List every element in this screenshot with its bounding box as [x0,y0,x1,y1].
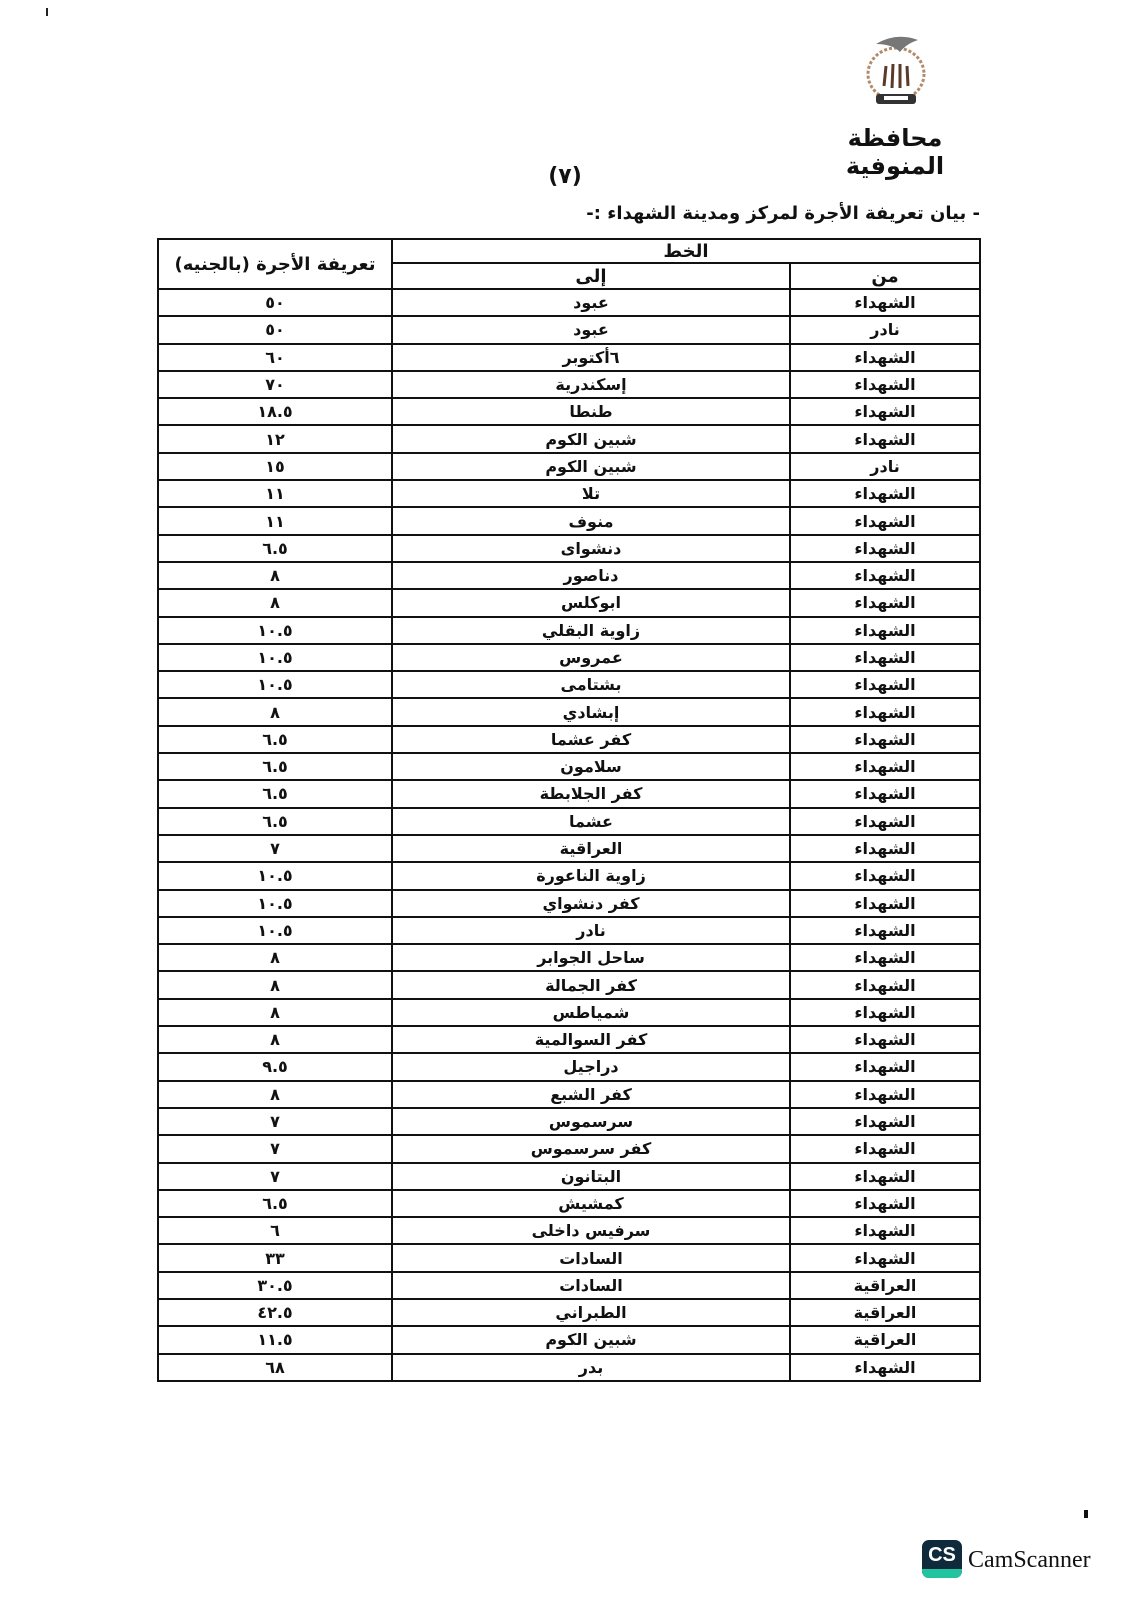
cell-from: الشهداء [790,1244,980,1271]
table-row: الشهداءبشتامى١٠.٥ [158,671,980,698]
cell-from: الشهداء [790,971,980,998]
camscanner-watermark: CamScanner [968,1547,1091,1574]
cell-from: الشهداء [790,507,980,534]
cell-to: كمشيش [392,1190,790,1217]
cell-fare: ١٠.٥ [158,862,392,889]
table-row: الشهداءكمشيش٦.٥ [158,1190,980,1217]
cell-from: الشهداء [790,1354,980,1381]
cell-fare: ١٠.٥ [158,671,392,698]
cell-from: الشهداء [790,780,980,807]
cell-to: الطبراني [392,1299,790,1326]
cell-from: الشهداء [790,1053,980,1080]
cell-to: البتانون [392,1163,790,1190]
governorate-emblem-icon [862,30,930,112]
cell-fare: ٥٠ [158,316,392,343]
cell-from: الشهداء [790,344,980,371]
cell-fare: ٨ [158,1026,392,1053]
cell-from: الشهداء [790,425,980,452]
cell-to: السادات [392,1244,790,1271]
cell-to: سلامون [392,753,790,780]
cell-from: الشهداء [790,808,980,835]
cell-fare: ١١ [158,507,392,534]
scan-artifact-mark [46,8,48,16]
table-row: الشهداءزاوية الناعورة١٠.٥ [158,862,980,889]
cell-from: الشهداء [790,1081,980,1108]
cell-to: دراجيل [392,1053,790,1080]
cell-fare: ١٥ [158,453,392,480]
cell-from: الشهداء [790,1190,980,1217]
table-row: الشهداءإبشادي٨ [158,698,980,725]
cell-fare: ٦.٥ [158,753,392,780]
cell-from: الشهداء [790,1135,980,1162]
table-row: الشهداءالسادات٣٣ [158,1244,980,1271]
cell-to: منوف [392,507,790,534]
cell-from: الشهداء [790,535,980,562]
cell-fare: ١١ [158,480,392,507]
table-row: الشهداءكفر دنشواي١٠.٥ [158,890,980,917]
cell-to: شبين الكوم [392,1326,790,1353]
cell-fare: ١٢ [158,425,392,452]
cell-fare: ٦ [158,1217,392,1244]
cell-from: الشهداء [790,944,980,971]
table-row: الشهداءساحل الجوابر٨ [158,944,980,971]
header-fare: تعريفة الأجرة (بالجنيه) [158,239,392,289]
cell-from: الشهداء [790,671,980,698]
table-row: الشهداءمنوف١١ [158,507,980,534]
cell-fare: ٣٣ [158,1244,392,1271]
cell-from: الشهداء [790,589,980,616]
cell-to: سرسموس [392,1108,790,1135]
cell-to: السادات [392,1272,790,1299]
header-line: الخط [392,239,980,263]
cell-to: ابوكلس [392,589,790,616]
table-row: الشهداءكفر عشما٦.٥ [158,726,980,753]
cell-to: شبين الكوم [392,425,790,452]
cell-from: الشهداء [790,862,980,889]
cell-from: العراقية [790,1299,980,1326]
cell-from: الشهداء [790,835,980,862]
cell-to: كفر الجلابطة [392,780,790,807]
table-row: الشهداءدناصور٨ [158,562,980,589]
cell-fare: ٨ [158,562,392,589]
cell-to: كفر السوالمية [392,1026,790,1053]
cell-from: الشهداء [790,726,980,753]
cell-to: زاوية البقلي [392,617,790,644]
cell-from: الشهداء [790,698,980,725]
cell-from: الشهداء [790,1217,980,1244]
table-row: الشهداءبدر٦٨ [158,1354,980,1381]
table-row: الشهداءابوكلس٨ [158,589,980,616]
cell-to: ساحل الجوابر [392,944,790,971]
cell-fare: ١٠.٥ [158,617,392,644]
table-row: الشهداءالعراقية٧ [158,835,980,862]
cell-from: العراقية [790,1272,980,1299]
cell-fare: ٣٠.٥ [158,1272,392,1299]
cell-to: عشما [392,808,790,835]
table-row: الشهداءكفر الجلابطة٦.٥ [158,780,980,807]
cell-fare: ٦.٥ [158,780,392,807]
cell-to: دنشواى [392,535,790,562]
table-row: الشهداءعبود٥٠ [158,289,980,316]
governorate-name: محافظة المنوفية [800,124,990,180]
cell-to: إسكندرية [392,371,790,398]
cell-fare: ٦.٥ [158,1190,392,1217]
cell-fare: ٤٢.٥ [158,1299,392,1326]
camscanner-logo-icon: CS [922,1540,962,1578]
cell-fare: ٥٠ [158,289,392,316]
cell-from: الشهداء [790,890,980,917]
table-row: الشهداءدنشواى٦.٥ [158,535,980,562]
cell-from: الشهداء [790,753,980,780]
table-row: العراقيةشبين الكوم١١.٥ [158,1326,980,1353]
cell-to: كفر دنشواي [392,890,790,917]
cell-fare: ٧ [158,1108,392,1135]
cell-to: بدر [392,1354,790,1381]
table-row: الشهداءشبين الكوم١٢ [158,425,980,452]
cell-fare: ٨ [158,698,392,725]
cell-fare: ٦.٥ [158,726,392,753]
cell-to: إبشادي [392,698,790,725]
cell-fare: ٨ [158,1081,392,1108]
cell-from: العراقية [790,1326,980,1353]
header-to: إلى [392,263,790,289]
table-row: الشهداءالبتانون٧ [158,1163,980,1190]
cell-to: كفر الشبع [392,1081,790,1108]
cell-to: بشتامى [392,671,790,698]
page-number: (٧) [520,164,610,189]
table-row: الشهداءدراجيل٩.٥ [158,1053,980,1080]
cell-fare: ٨ [158,971,392,998]
scan-artifact-mark [1084,1510,1088,1518]
cell-fare: ٧ [158,1163,392,1190]
cell-to: دناصور [392,562,790,589]
table-row: العراقيةالسادات٣٠.٥ [158,1272,980,1299]
cell-fare: ١٠.٥ [158,917,392,944]
table-row: الشهداءشمياطس٨ [158,999,980,1026]
cell-fare: ٩.٥ [158,1053,392,1080]
table-row: الشهداء٦أكتوبر٦٠ [158,344,980,371]
cell-to: طنطا [392,398,790,425]
table-row: الشهداءنادر١٠.٥ [158,917,980,944]
cell-fare: ٧ [158,1135,392,1162]
cell-to: عمروس [392,644,790,671]
fare-table-body: الشهداءعبود٥٠نادرعبود٥٠الشهداء٦أكتوبر٦٠ا… [158,289,980,1381]
table-row: الشهداءكفر الشبع٨ [158,1081,980,1108]
cell-to: العراقية [392,835,790,862]
table-row: الشهداءسرفيس داخلى٦ [158,1217,980,1244]
table-row: الشهداءعمروس١٠.٥ [158,644,980,671]
cell-fare: ٦٨ [158,1354,392,1381]
camscanner-logo-text: CS [922,1544,962,1567]
cell-to: كفر عشما [392,726,790,753]
cell-from: الشهداء [790,562,980,589]
table-row: نادرعبود٥٠ [158,316,980,343]
cell-from: الشهداء [790,398,980,425]
cell-to: عبود [392,289,790,316]
cell-from: نادر [790,453,980,480]
fare-table: الخط تعريفة الأجرة (بالجنيه) من إلى الشه… [157,238,981,1382]
cell-from: الشهداء [790,1163,980,1190]
table-row: الشهداءسرسموس٧ [158,1108,980,1135]
table-row: الشهداءتلا١١ [158,480,980,507]
table-row: الشهداءإسكندرية٧٠ [158,371,980,398]
section-title: - بيان تعريفة الأجرة لمركز ومدينة الشهدا… [560,203,980,224]
table-row: الشهداءزاوية البقلي١٠.٥ [158,617,980,644]
header-from: من [790,263,980,289]
cell-to: سرفيس داخلى [392,1217,790,1244]
cell-fare: ١٠.٥ [158,644,392,671]
table-row: الشهداءكفر الجمالة٨ [158,971,980,998]
cell-fare: ٧٠ [158,371,392,398]
cell-fare: ٨ [158,589,392,616]
cell-from: الشهداء [790,1108,980,1135]
cell-from: نادر [790,316,980,343]
cell-from: الشهداء [790,617,980,644]
cell-to: شمياطس [392,999,790,1026]
table-row: الشهداءعشما٦.٥ [158,808,980,835]
cell-fare: ٦.٥ [158,535,392,562]
cell-to: زاوية الناعورة [392,862,790,889]
cell-fare: ٨ [158,944,392,971]
cell-from: الشهداء [790,644,980,671]
cell-fare: ١١.٥ [158,1326,392,1353]
cell-from: الشهداء [790,371,980,398]
cell-fare: ٨ [158,999,392,1026]
cell-to: ٦أكتوبر [392,344,790,371]
cell-from: الشهداء [790,289,980,316]
cell-to: كفر سرسموس [392,1135,790,1162]
cell-from: الشهداء [790,480,980,507]
cell-to: نادر [392,917,790,944]
cell-fare: ٧ [158,835,392,862]
cell-to: كفر الجمالة [392,971,790,998]
table-row: الشهداءسلامون٦.٥ [158,753,980,780]
cell-from: الشهداء [790,1026,980,1053]
cell-to: شبين الكوم [392,453,790,480]
cell-fare: ٦.٥ [158,808,392,835]
cell-fare: ٦٠ [158,344,392,371]
table-row: الشهداءكفر السوالمية٨ [158,1026,980,1053]
table-row: نادرشبين الكوم١٥ [158,453,980,480]
table-row: الشهداءكفر سرسموس٧ [158,1135,980,1162]
cell-to: تلا [392,480,790,507]
cell-to: عبود [392,316,790,343]
logo-accent-band [922,1569,962,1578]
cell-from: الشهداء [790,999,980,1026]
table-row: الشهداءطنطا١٨.٥ [158,398,980,425]
cell-from: الشهداء [790,917,980,944]
table-row: العراقيةالطبراني٤٢.٥ [158,1299,980,1326]
cell-fare: ١٠.٥ [158,890,392,917]
cell-fare: ١٨.٥ [158,398,392,425]
